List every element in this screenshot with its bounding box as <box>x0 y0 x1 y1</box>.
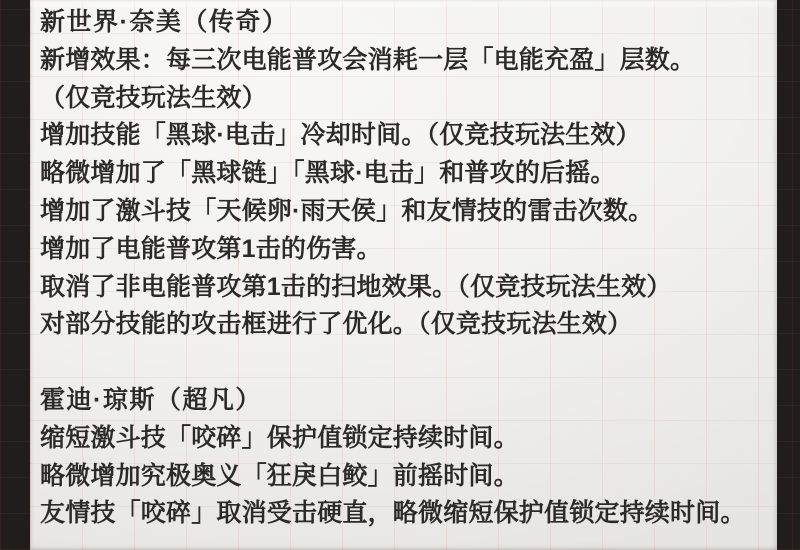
patch-note-line: 增加了电能普攻第1击的伤害。 <box>40 231 765 269</box>
patch-note-line: 增加技能「黑球·电击」冷却时间。（仅竞技玩法生效） <box>40 117 765 155</box>
patch-note-line: （仅竞技玩法生效） <box>40 80 765 118</box>
patch-note-line: 取消了非电能普攻第1击的扫地效果。（仅竞技玩法生效） <box>40 269 765 307</box>
section-gap <box>40 344 765 382</box>
section-new-world-nami: 新世界·奈美（传奇） 新增效果：每三次电能普攻会消耗一层「电能充盈」层数。 （仅… <box>40 4 765 344</box>
game-screen-background: 新世界·奈美（传奇） 新增效果：每三次电能普攻会消耗一层「电能充盈」层数。 （仅… <box>0 0 800 550</box>
patch-note-line: 友情技「咬碎」取消受击硬直，略微缩短保护值锁定持续时间。 <box>40 495 765 533</box>
patch-note-line: 对部分技能的攻击框进行了优化。（仅竞技玩法生效） <box>40 306 765 344</box>
character-section-heading: 霍迪·琼斯（超凡） <box>40 382 765 420</box>
patch-note-line: 新增效果：每三次电能普攻会消耗一层「电能充盈」层数。 <box>40 42 765 80</box>
patch-notes-page[interactable]: 新世界·奈美（传奇） 新增效果：每三次电能普攻会消耗一层「电能充盈」层数。 （仅… <box>30 0 777 550</box>
patch-note-line: 略微增加究极奥义「狂戾白鲛」前摇时间。 <box>40 458 765 496</box>
patch-note-line: 增加了激斗技「天候卵·雨天侯」和友情技的雷击次数。 <box>40 193 765 231</box>
patch-note-line: 缩短激斗技「咬碎」保护值锁定持续时间。 <box>40 420 765 458</box>
patch-note-line: 略微增加了「黑球链」「黑球·电击」和普攻的后摇。 <box>40 155 765 193</box>
character-section-heading: 新世界·奈美（传奇） <box>40 4 765 42</box>
section-hody-jones: 霍迪·琼斯（超凡） 缩短激斗技「咬碎」保护值锁定持续时间。 略微增加究极奥义「狂… <box>40 382 765 533</box>
patch-notes-content: 新世界·奈美（传奇） 新增效果：每三次电能普攻会消耗一层「电能充盈」层数。 （仅… <box>30 0 777 533</box>
